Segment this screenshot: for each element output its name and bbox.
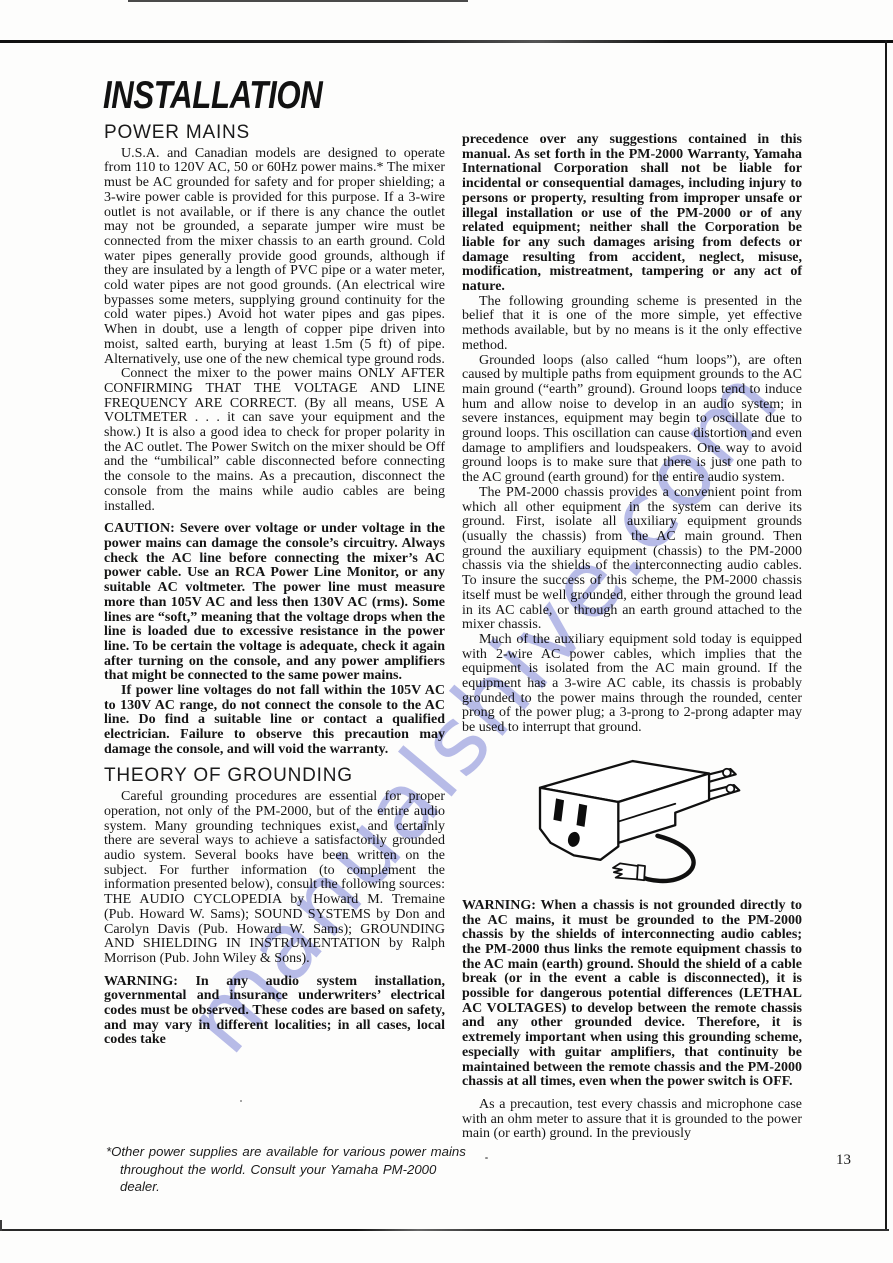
page-border-bottom: [0, 1229, 889, 1231]
page-number: 13: [836, 1152, 851, 1169]
ac-adapter-drawing: [524, 743, 742, 893]
page-title: INSTALLATION: [103, 74, 322, 118]
paragraph-pm2000-chassis: The PM-2000 chassis provides a convenien…: [462, 486, 802, 633]
paragraph-grounding-scheme: The following grounding scheme is presen…: [462, 295, 802, 354]
manual-page: manualshive.com INSTALLATION POWER MAINS…: [0, 0, 893, 1263]
paragraph-caution: CAUTION: Severe over voltage or under vo…: [104, 522, 445, 684]
right-column: precedence over any suggestions containe…: [462, 133, 802, 1142]
paragraph-precedence: precedence over any suggestions containe…: [462, 133, 802, 295]
ac-adapter-illustration: [524, 743, 742, 893]
ac-prong-top-hole: [723, 769, 731, 777]
paragraph-warning-left: WARNING: In any audio system installatio…: [104, 975, 445, 1049]
paragraph-warning-right: WARNING: When a chassis is not grounded …: [462, 899, 802, 1090]
page-border-right: [885, 40, 887, 1231]
left-column: POWER MAINS U.S.A. and Canadian models a…: [104, 126, 445, 1048]
page-border-left-tick: [0, 1220, 2, 1231]
scan-smudge-top: [128, 0, 468, 2]
paragraph-precaution: As a precaution, test every chassis and …: [462, 1098, 802, 1142]
heading-theory-of-grounding: THEORY OF GROUNDING: [104, 769, 445, 784]
scan-speck: [240, 1100, 242, 1102]
footnote: *Other power supplies are available for …: [106, 1143, 468, 1196]
spade-lug-collar: [637, 865, 645, 880]
paragraph-theory-1: Careful grounding procedures are essenti…: [104, 790, 445, 966]
paragraph-caution-2: If power line voltages do not fall withi…: [104, 684, 445, 758]
heading-power-mains: POWER MAINS: [104, 126, 445, 141]
paragraph-power-mains-2: Connect the mixer to the power mains ONL…: [104, 367, 445, 514]
paragraph-auxiliary-equipment: Much of the auxiliary equipment sold tod…: [462, 633, 802, 736]
ac-prong-bottom-hole: [727, 785, 735, 793]
paragraph-ground-loops: Grounded loops (also called “hum loops”)…: [462, 354, 802, 486]
page-border-top: [0, 40, 893, 43]
paragraph-power-mains-1: U.S.A. and Canadian models are designed …: [104, 147, 445, 368]
scan-speck: [485, 1157, 488, 1159]
spade-lug: [613, 863, 638, 879]
